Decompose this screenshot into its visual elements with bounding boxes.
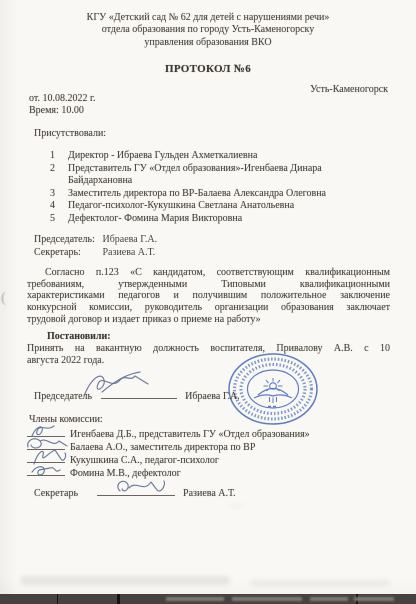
- attendees-list: 1 Директор - Ибраева Гульден Ахметкалиев…: [50, 150, 366, 225]
- list-item-text: Педагог-психолог-Кукушкина Светлана Анат…: [68, 200, 364, 213]
- list-item: 5 Дефектолог- Фомина Мария Викторовна: [50, 213, 366, 226]
- secretary-row: Секретарь: Разиева А.Т.: [34, 247, 157, 260]
- body-line: Согласно п.123 «С кандидатом, соответств…: [27, 267, 390, 279]
- resolution-label: Постановили:: [47, 331, 111, 342]
- city-label: Усть-Каменогорск: [310, 84, 388, 95]
- resolution-line: августа 2022 года.: [27, 355, 390, 367]
- date-line: от. 10.08.2022 г.: [29, 93, 95, 104]
- body-line: конкурсной комиссии, руководитель органи…: [27, 302, 390, 314]
- list-item: 4 Педагог-психолог-Кукушкина Светлана Ан…: [50, 200, 366, 213]
- body-line: характеристиками педагогов и получившим …: [27, 290, 390, 302]
- list-item-number: 1: [50, 150, 68, 163]
- list-item-number: 5: [50, 213, 68, 226]
- secretary-signature-icon: [112, 477, 174, 497]
- secretary-name: Разиева А.Т.: [103, 247, 156, 258]
- sign-secretary-name: Разиева А.Т.: [183, 488, 236, 499]
- resolution-line: Принять на вакантную должность воспитате…: [27, 343, 390, 355]
- secretary-label: Секретарь:: [34, 247, 100, 260]
- next-page-edge: [0, 594, 416, 604]
- scan-artifact: (: [1, 290, 6, 307]
- chairman-row: Председатель: Ибраева Г.А.: [34, 234, 157, 247]
- body-line: трудовой договор и издает приказ о прием…: [27, 314, 390, 326]
- officials-block: Председатель: Ибраева Г.А. Секретарь: Ра…: [34, 234, 157, 260]
- body-line: требованиям, утвержденными Типовыми квал…: [27, 279, 390, 291]
- list-item-number: 4: [50, 200, 68, 213]
- letterhead: КГУ «Детский сад № 62 для детей с наруше…: [0, 12, 416, 49]
- list-item-number: 3: [50, 188, 68, 201]
- chairman-name: Ибраева Г.А.: [103, 234, 158, 245]
- list-item: 1 Директор - Ибраева Гульден Ахметкалиев…: [50, 150, 366, 163]
- document-title: ПРОТОКОЛ №6: [0, 63, 416, 75]
- sign-secretary-label: Секретарь: [34, 488, 78, 499]
- list-item-text: Директор - Ибраева Гульден Ахметкалиевна: [68, 150, 364, 163]
- member-signature-icon: [29, 462, 67, 477]
- official-round-seal-icon: [227, 352, 319, 426]
- member-name: Балаева А.О., заместитель директора по В…: [70, 442, 255, 453]
- letterhead-line-1: КГУ «Детский сад № 62 для детей с наруше…: [0, 12, 416, 24]
- resolution-text: Принять на вакантную должность воспитате…: [27, 343, 390, 367]
- chairman-label: Председатель:: [34, 234, 100, 247]
- member-row: Кукушкина С.А., педагог-психолог: [27, 453, 310, 466]
- member-name: Кукушкина С.А., педагог-психолог: [70, 455, 219, 466]
- letterhead-line-2: отдела образования по городу Усть-Камено…: [0, 24, 416, 36]
- body-paragraph: Согласно п.123 «С кандидатом, соответств…: [27, 267, 390, 326]
- letterhead-line-3: управления образования ВКО: [0, 37, 416, 49]
- document-page: КГУ «Детский сад № 62 для детей с наруше…: [0, 0, 416, 604]
- chairman-signature-icon: [78, 368, 166, 402]
- list-item: 3 Заместитель директора по ВР-Балаева Ал…: [50, 188, 366, 201]
- list-item-text: Представитель ГУ «Отдел образования»-Иге…: [68, 163, 364, 188]
- list-item-text: Заместитель директора по ВР-Балаева Алек…: [68, 188, 364, 201]
- member-name: Игенбаева Д.Б., представитель ГУ «Отдел …: [70, 429, 310, 440]
- list-item-text: Дефектолог- Фомина Мария Викторовна: [68, 213, 364, 226]
- list-item-number: 2: [50, 163, 68, 188]
- list-item: 2 Представитель ГУ «Отдел образования»-И…: [50, 163, 366, 188]
- attendees-label: Присутствовали:: [34, 128, 106, 139]
- time-line: Время: 10.00: [29, 105, 84, 116]
